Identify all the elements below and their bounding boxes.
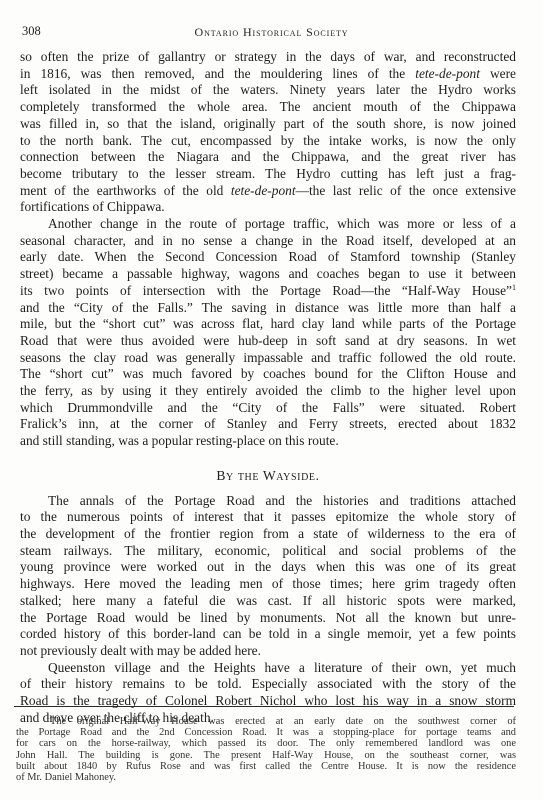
text-line: steam railways. The military, economic, … [20,543,516,560]
text-line: not previously dealt with may be added h… [20,643,516,660]
text-line: was filled in, so that the island, origi… [20,116,516,133]
running-head: 308 Ontario Historical Society [22,24,521,40]
footnote-line: built about 1840 by Rufus Rose and was f… [16,761,516,772]
text-line: Fralick’s inn, at the corner of Stanley … [20,416,516,433]
text-line: the ferry, as by using it they entirely … [20,383,516,400]
footnote-line: 1The original Half-Way House was erected… [16,716,516,727]
body-text: so often the prize of gallantry or strat… [20,49,516,726]
text-line: stalked; here many a fateful die was cas… [20,593,516,610]
text-line: to the north bank. The cut, encompassed … [20,133,516,150]
text-line: Another change in the route of portage t… [20,216,516,233]
text-line: Road is the tragedy of Colonel Robert Ni… [20,693,516,710]
text-line: and still standing, was a popular restin… [20,433,516,450]
text-span: in 1816, was then removed, and the mould… [20,66,415,81]
footnote-line: the Portage Road and the 2nd Concession … [16,727,516,738]
text-span: —the last relic of the once extensive [296,183,516,198]
text-line: in 1816, was then removed, and the mould… [20,66,516,83]
text-line: seasonal character, and in no sense a ch… [20,233,516,250]
document-page: 308 Ontario Historical Society so often … [0,0,543,800]
text-line: and the “City of the Falls.” The saving … [20,300,516,317]
text-line: highways. Here moved the leading men of … [20,576,516,593]
text-line: fortifications of Chippawa. [20,199,516,216]
footnote: 1The original Half-Way House was erected… [16,716,516,783]
footnote-line: of Mr. Daniel Mahoney. [16,772,516,783]
text-line: of their history remains to be told. Esp… [20,676,516,693]
text-line: completely transformed the whole area. T… [20,99,516,116]
text-span: ment of the earthworks of the old [20,183,231,198]
italic-term: tete-de-pont [415,66,480,81]
text-line: Road that were thus avoided were hub-dee… [20,333,516,350]
text-line: seasons the clay road was generally impa… [20,350,516,367]
italic-term: tete-de-pont [231,183,296,198]
footnote-reference[interactable]: 1 [512,283,516,292]
text-line: The annals of the Portage Road and the h… [20,493,516,510]
paragraph-1: so often the prize of gallantry or strat… [20,49,516,216]
text-span: The original Half-Way House was erected … [50,716,516,727]
footnote-divider [14,706,514,707]
text-line: mile, but the “short cut” was across fla… [20,316,516,333]
text-line: which Drummondville and the “City of the… [20,400,516,417]
text-line: the development of the frontier region f… [20,526,516,543]
text-line: the Portage Road would be lined by monum… [20,610,516,627]
footnote-line: John Hall. The building is gone. The pre… [16,750,516,761]
section-heading: By the Wayside. [20,468,516,485]
text-line: connection between the Niagara and the C… [20,149,516,166]
text-line: its two points of intersection with the … [20,283,516,300]
journal-title: Ontario Historical Society [22,25,521,40]
text-span: its two points of intersection with the … [20,283,512,298]
paragraph-2: Another change in the route of portage t… [20,216,516,450]
text-span: were [480,66,516,81]
text-line: The “short cut” was much favored by coac… [20,366,516,383]
text-line: become tributary to the lesser stream. T… [20,166,516,183]
text-line: left isolated in the midst of the waters… [20,82,516,99]
text-line: to the numerous points of interest that … [20,509,516,526]
paragraph-3: The annals of the Portage Road and the h… [20,493,516,660]
text-line: young province were worked out in the da… [20,559,516,576]
footnote-line: for cars on the horse-railway, which pas… [16,738,516,749]
text-line: ment of the earthworks of the old tete-d… [20,183,516,200]
text-line: early date. When the Second Concession R… [20,249,516,266]
text-line: so often the prize of gallantry or strat… [20,49,516,66]
text-line: corded history of this border-land can b… [20,626,516,643]
text-line: Queenston village and the Heights have a… [20,660,516,677]
text-line: street) became a passable highway, wagon… [20,266,516,283]
